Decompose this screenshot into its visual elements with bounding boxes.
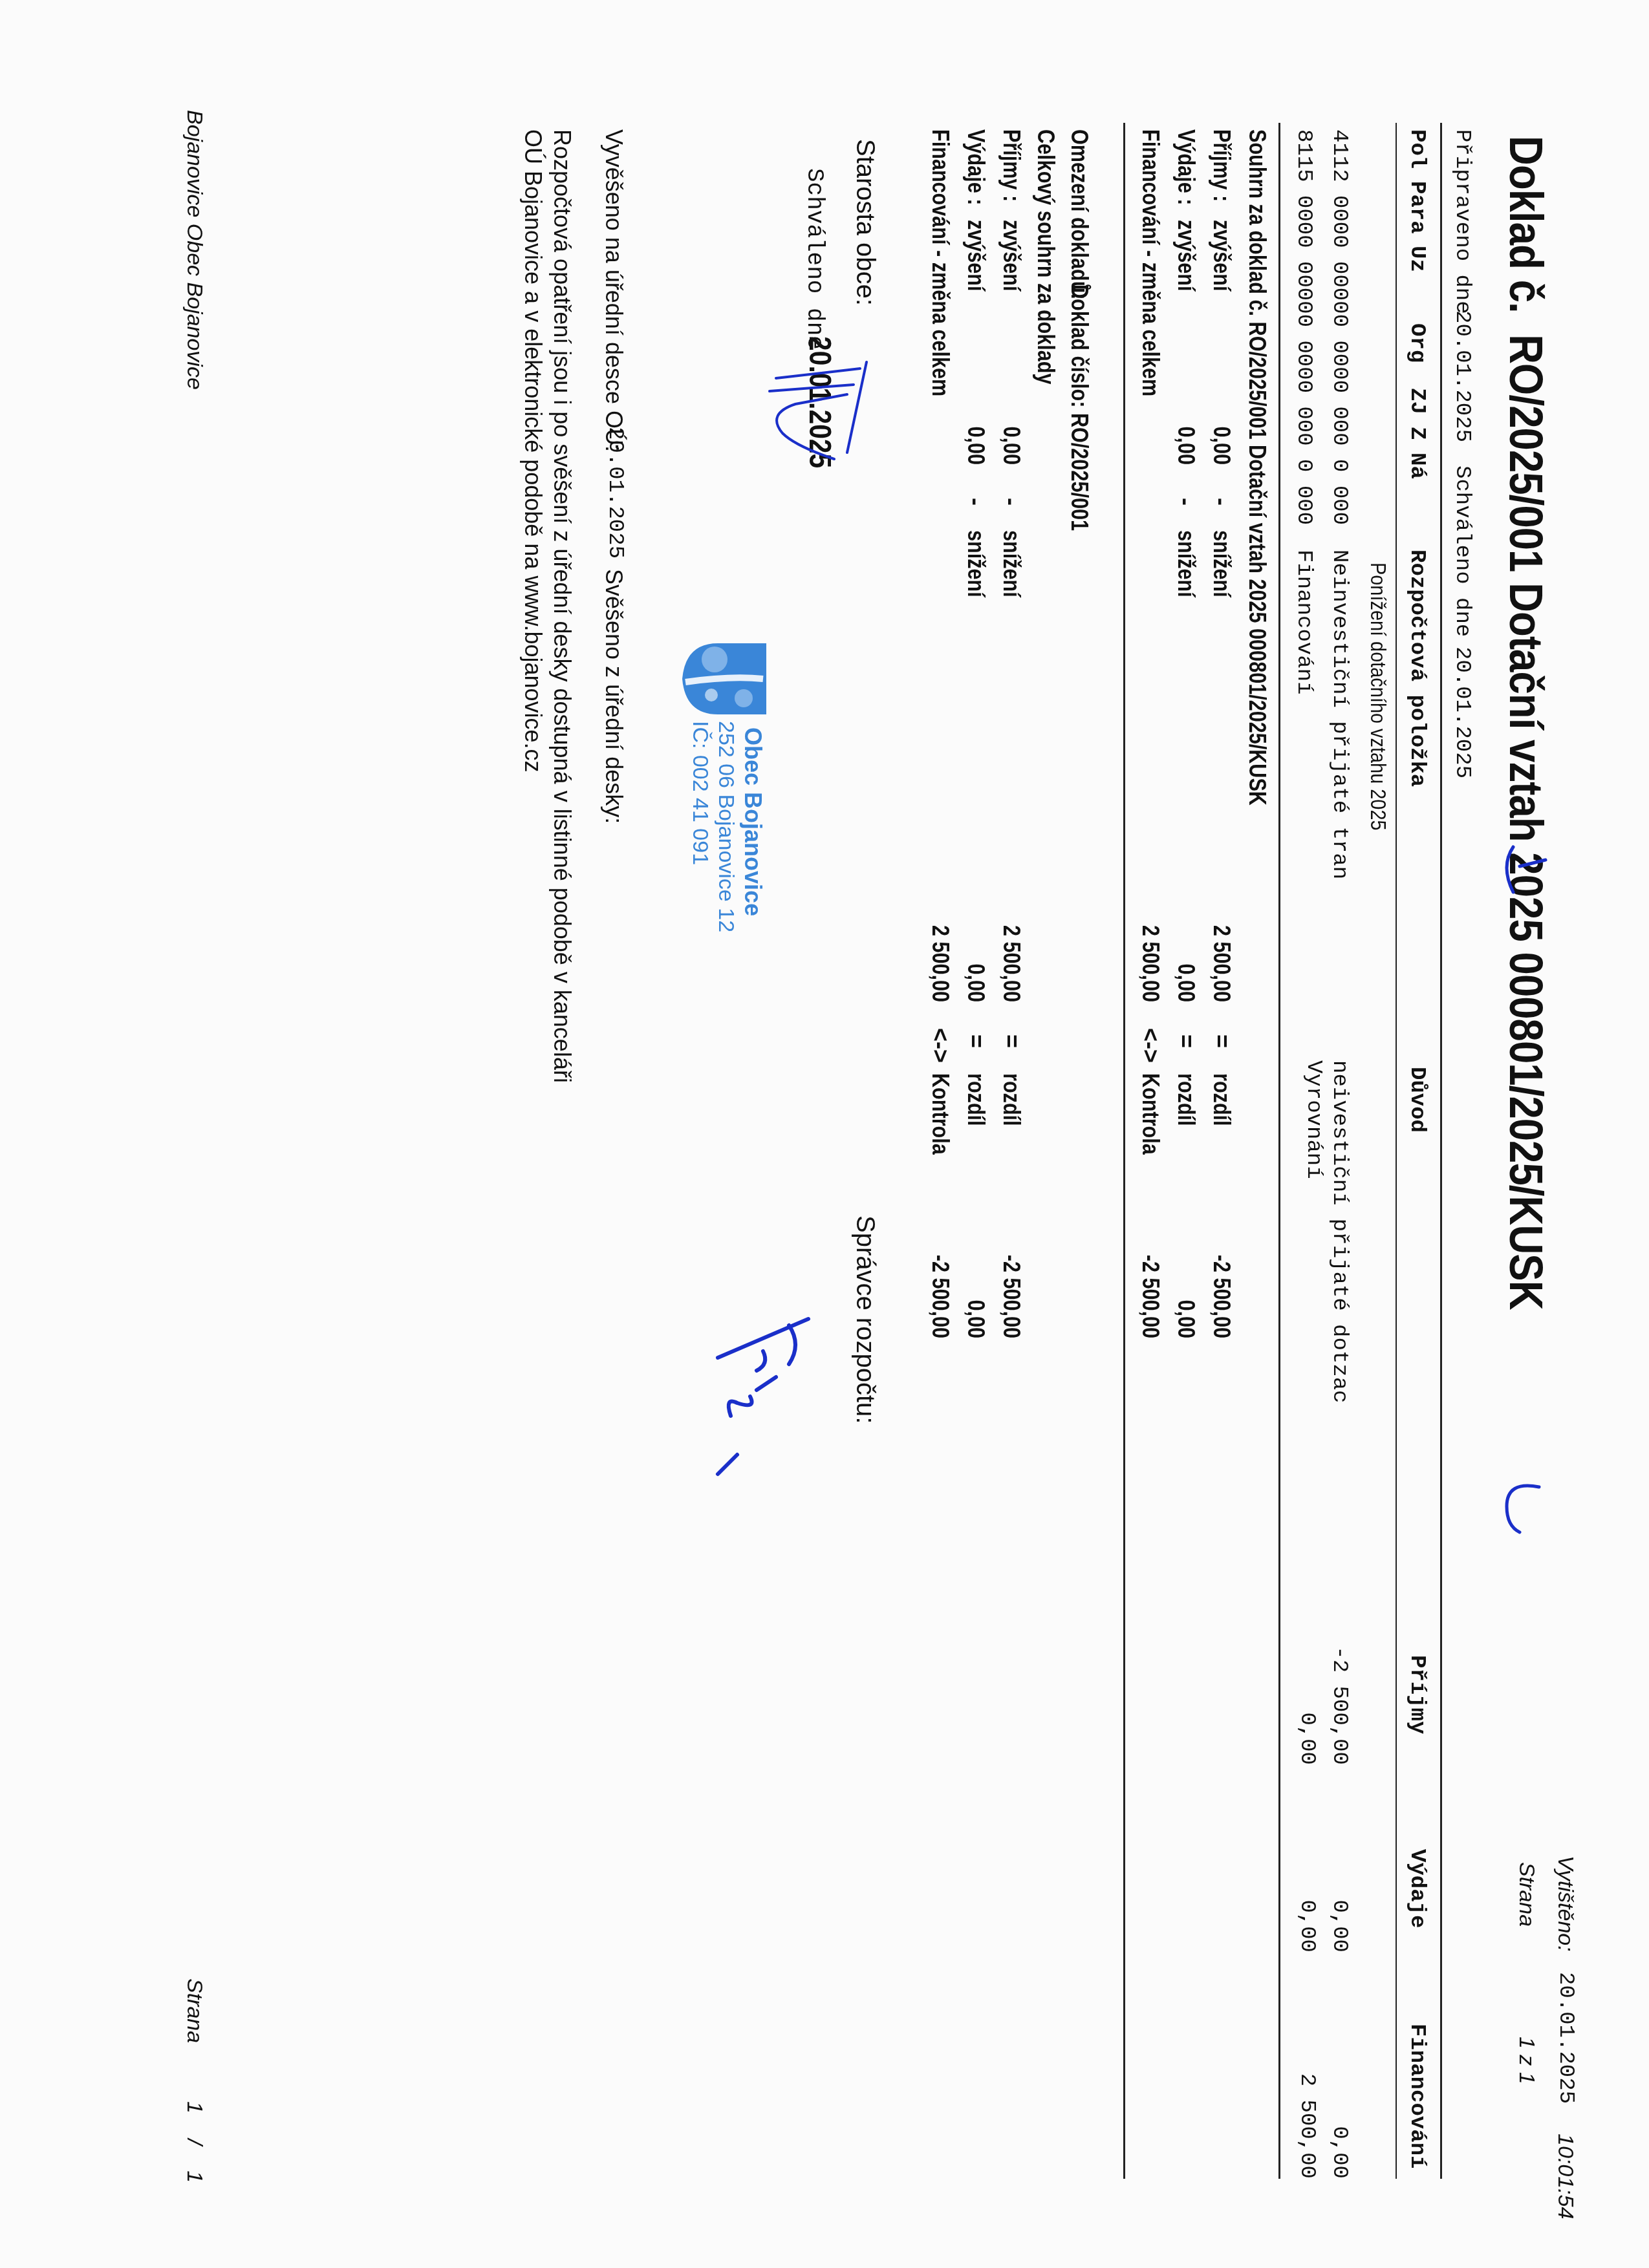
handwritten-mark-2-icon (1494, 1468, 1565, 1545)
total-res: 0,00 (962, 1228, 989, 1338)
mayor-label: Starosta obce: (850, 139, 879, 306)
summary-total-heading: Celkový souhrn za doklady (1032, 129, 1059, 385)
footer-org: Bojanovice Obec Bojanovice (182, 110, 207, 390)
col-zj: ZJ (1405, 388, 1429, 414)
row-reason: Vyrovnání (1301, 1060, 1326, 1179)
summary-fin-value: 2 500,00 (1137, 892, 1164, 1002)
summary-dec: 0,00 (1172, 892, 1200, 1002)
summary-res: -2 500,00 (1208, 1228, 1235, 1338)
col-duvod: Důvod (1405, 1067, 1429, 1133)
row-codes: 8115 0000 00000 0000 000 0 000 (1291, 129, 1316, 525)
total-dec-label: snížení (962, 530, 989, 597)
restriction-value: Doklad číslo: RO/2025/001 (1066, 284, 1093, 531)
page-value: 1 z 1 (1514, 2037, 1539, 2084)
total-eq: = (998, 1034, 1025, 1048)
row-codes: 4112 0000 00000 0000 000 0 000 (1327, 129, 1352, 525)
total-dec: 0,00 (962, 892, 989, 1002)
summary-fin-label: Financování - změna celkem (1137, 129, 1164, 396)
divider (1123, 123, 1125, 2179)
total-fin-value: 2 500,00 (927, 892, 954, 1002)
summary-res-label: rozdíl (1172, 1073, 1200, 1126)
total-sep: - (998, 498, 1025, 506)
total-label: Příjmy : (998, 129, 1025, 202)
summary-inc-label: zvýšení (1172, 220, 1200, 292)
summary-eq: = (1208, 1034, 1235, 1048)
divider (1440, 123, 1442, 2179)
document-page: Vytištěno: 20.01.2025 10:01:54 Strana 1 … (0, 0, 1649, 2268)
row-vydaje: 0,00 (1327, 1797, 1352, 1952)
prepared-label: Připraveno dne (1450, 129, 1474, 314)
summary-inc-label: zvýšení (1208, 220, 1235, 292)
summary-doc-heading: Souhrn za doklad č. RO/2025/001 Dotační … (1244, 129, 1271, 806)
divider (1278, 123, 1280, 2179)
stamp-line-1: Obec Bojanovice (739, 727, 766, 916)
summary-res-label: rozdíl (1208, 1073, 1235, 1126)
row-reason: neivestiční přijaté dotzac (1327, 1060, 1352, 1404)
col-vydaje: Výdaje (1405, 1849, 1429, 1928)
total-label: Výdaje : (962, 129, 989, 205)
summary-label: Příjmy : (1208, 129, 1235, 202)
col-na: Ná (1405, 453, 1429, 479)
restriction-label: Omezení dokladů: (1066, 129, 1093, 300)
col-prijmy: Příjmy (1405, 1655, 1429, 1734)
row-prijmy: -2 500,00 (1327, 1571, 1352, 1765)
col-para: Para (1405, 181, 1429, 234)
total-inc: 0,00 (998, 388, 1025, 465)
approved-signature-label: Schváleno dne (801, 168, 828, 350)
posted-date: 20.01.2025 (603, 427, 627, 559)
summary-sep: - (1172, 498, 1200, 506)
row-vydaje: 0,00 (1295, 1797, 1319, 1952)
summary-res: 0,00 (1172, 1228, 1200, 1338)
page-label: Strana (1514, 1862, 1539, 1927)
row-financovani: 0,00 (1327, 2004, 1352, 2179)
coat-of-arms-icon (679, 640, 770, 718)
col-financovani: Financování (1405, 2024, 1429, 2168)
divider (1396, 123, 1397, 2179)
summary-fin-sep: <-> (1137, 1028, 1164, 1063)
row-item: Financování (1291, 550, 1316, 694)
total-inc-label: zvýšení (962, 220, 989, 292)
summary-dec-label: snížení (1172, 530, 1200, 597)
total-inc: 0,00 (962, 388, 989, 465)
row-prijmy: 0,00 (1295, 1571, 1319, 1765)
summary-inc: 0,00 (1208, 388, 1235, 465)
mayor-signature-icon (757, 349, 873, 472)
col-uz: Uz (1405, 246, 1429, 272)
total-fin-check-label: Kontrola (927, 1073, 954, 1155)
summary-fin-check-label: Kontrola (1137, 1073, 1164, 1155)
group-label: Ponížení dotačního vztahu 2025 (1365, 562, 1390, 831)
total-eq: = (962, 1034, 989, 1048)
col-pol: Pol (1405, 129, 1429, 169)
footer-page-label: Strana (182, 1978, 207, 2043)
summary-dec: 2 500,00 (1208, 892, 1235, 1002)
total-fin-sep: <-> (927, 1028, 954, 1063)
summary-label: Výdaje : (1172, 129, 1200, 205)
approved-date: 20.01.2025 (1450, 647, 1474, 778)
summary-eq: = (1172, 1034, 1200, 1048)
budget-admin-label: Správce rozpočtu: (850, 1215, 879, 1424)
notice-line-1: Rozpočtová opatření jsou i po svěšení z … (548, 129, 576, 1083)
row-item: Neinvestiční přijaté tran (1327, 550, 1352, 879)
approved-label: Schváleno dne (1450, 465, 1474, 637)
printed-label: Vytištěno: (1553, 1856, 1578, 1952)
posted-label: Vyvěšeno na úřední desce OÚ: (600, 129, 627, 452)
notice-line-2: OÚ Bojanovice a v elektronické podobě na… (519, 129, 546, 773)
title-prefix: Doklad č. (1500, 136, 1551, 313)
summary-fin-check: -2 500,00 (1137, 1228, 1164, 1338)
total-res-label: rozdíl (998, 1073, 1025, 1126)
total-res: -2 500,00 (998, 1228, 1025, 1338)
footer-page-value: 1 / 1 (182, 2101, 207, 2183)
summary-sep: - (1208, 498, 1235, 506)
handwritten-mark-1-icon (1487, 840, 1558, 918)
summary-inc: 0,00 (1172, 388, 1200, 465)
total-inc-label: zvýšení (998, 220, 1025, 292)
prepared-date: 20.01.2025 (1450, 310, 1474, 442)
summary-dec-label: snížení (1208, 530, 1235, 597)
budget-admin-signature-icon (705, 1306, 815, 1487)
col-rozpoctova-polozka: Rozpočtová položka (1405, 550, 1429, 787)
total-fin-label: Financování - změna celkem (927, 129, 954, 396)
title-text: RO/2025/001 Dotační vztah 2025 000801/20… (1500, 334, 1551, 1309)
printed-time: 10:01:54 (1553, 2134, 1578, 2219)
total-dec: 2 500,00 (998, 892, 1025, 1002)
stamp-line-2: 252 06 Bojanovice 12 (713, 721, 738, 932)
col-z: Z (1405, 427, 1429, 440)
removed-label: Svěšeno z úřední desky: (600, 569, 627, 824)
col-org: Org (1405, 323, 1429, 363)
row-financovani: 2 500,00 (1295, 2004, 1319, 2179)
total-dec-label: snížení (998, 530, 1025, 597)
stamp-line-3: IČ: 002 41 091 (687, 721, 713, 865)
document-title: Doklad č. RO/2025/001 Dotační vztah 2025… (1499, 136, 1552, 1310)
total-res-label: rozdíl (962, 1073, 989, 1126)
total-sep: - (962, 498, 989, 506)
total-fin-check: -2 500,00 (927, 1228, 954, 1338)
printed-date: 20.01.2025 (1553, 1972, 1578, 2104)
